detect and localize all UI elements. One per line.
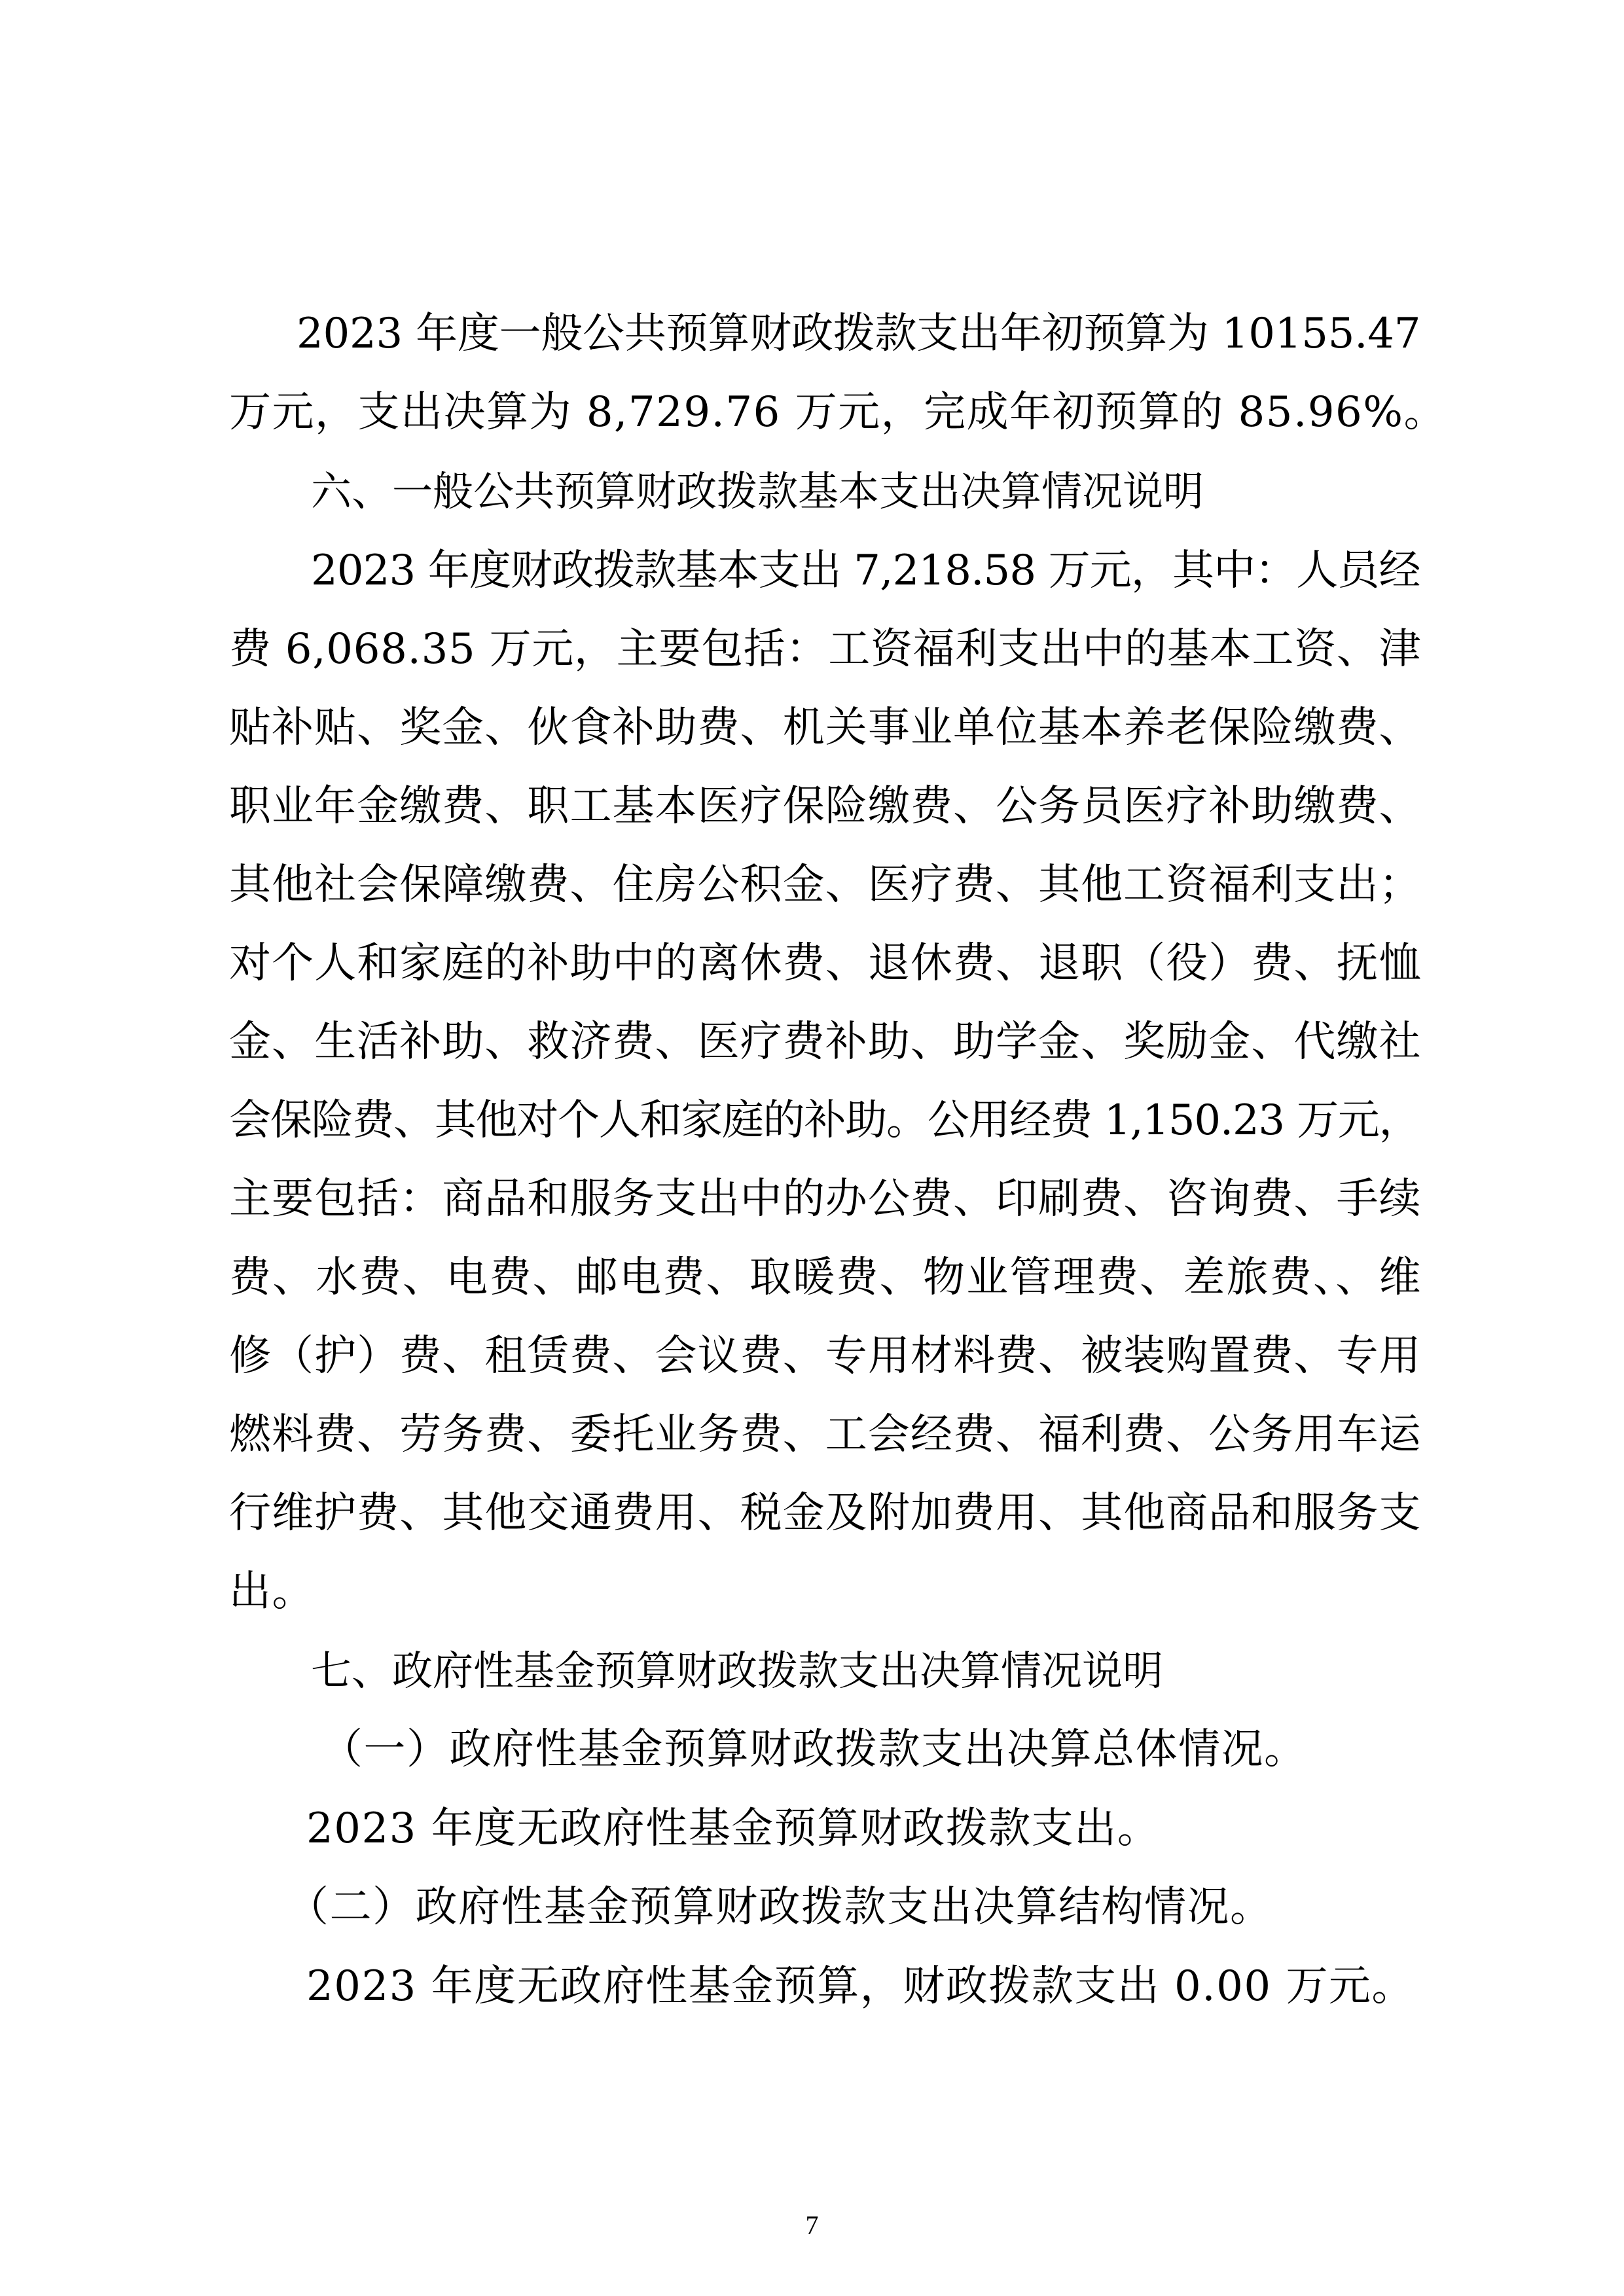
line-text: 行维护费、其他交通费用、税金及附加费用、其他商品和服务支 (229, 1474, 1422, 1552)
line-text: 出。 (229, 1568, 315, 1616)
page-number: 7 (0, 2209, 1624, 2242)
subheading-text: （一）政府性基金预算财政拨款支出决算总体情况。 (321, 1725, 1307, 1774)
subsection-heading-1: （一）政府性基金预算财政拨款支出决算总体情况。 (321, 1710, 1422, 1789)
paragraph-line: 行维护费、其他交通费用、税金及附加费用、其他商品和服务支 (229, 1474, 1422, 1552)
line-text: 费 6,068.35 万元，主要包括：工资福利支出中的基本工资、津 (229, 610, 1421, 689)
paragraph-line: 费 6,068.35 万元，主要包括：工资福利支出中的基本工资、津 (229, 610, 1422, 689)
line-text: 会保险费、其他对个人和家庭的补助。公用经费 1,150.23 万元， (229, 1081, 1420, 1160)
line-text: 修（护）费、租赁费、会议费、专用材料费、被装购置费、专用 (229, 1317, 1422, 1395)
line-text: 金、生活补助、救济费、医疗费补助、助学金、奖励金、代缴社 (229, 1003, 1422, 1081)
line-text: 职业年金缴费、职工基本医疗保险缴费、公务员医疗补助缴费、 (229, 767, 1422, 846)
line-text: 其他社会保障缴费、住房公积金、医疗费、其他工资福利支出； (229, 846, 1422, 924)
paragraph-line: 对个人和家庭的补助中的离休费、退休费、退职（役）费、抚恤 (229, 924, 1422, 1003)
line-text: 主要包括：商品和服务支出中的办公费、印刷费、咨询费、手续 (229, 1160, 1422, 1238)
section-heading-6: 六、一般公共预算财政拨款基本支出决算情况说明 (311, 452, 1422, 531)
document-page: 2023 年度一般公共预算财政拨款支出年初预算为 10155.47 万元，支出决… (0, 0, 1624, 2296)
paragraph-line: 万元，支出决算为 8,729.76 万元，完成年初预算的 85.96%。 (229, 373, 1422, 452)
subsection-heading-2: （二）政府性基金预算财政拨款支出决算结构情况。 (287, 1868, 1422, 1946)
line-text: 万元，支出决算为 8,729.76 万元，完成年初预算的 85.96%。 (229, 388, 1447, 437)
paragraph-line: 金、生活补助、救济费、医疗费补助、助学金、奖励金、代缴社 (229, 1003, 1422, 1081)
paragraph-line: 费、水费、电费、邮电费、取暖费、物业管理费、差旅费、、维 (229, 1238, 1422, 1317)
line-text: 燃料费、劳务费、委托业务费、工会经费、福利费、公务用车运 (229, 1395, 1422, 1474)
line-text: 贴补贴、奖金、伙食补助费、机关事业单位基本养老保险缴费、 (229, 689, 1422, 767)
paragraph-line: 2023 年度无政府性基金预算财政拨款支出。 (306, 1789, 1422, 1868)
paragraph-line: 修（护）费、租赁费、会议费、专用材料费、被装购置费、专用 (229, 1317, 1422, 1395)
section-heading-7: 七、政府性基金预算财政拨款支出决算情况说明 (311, 1632, 1422, 1710)
heading-text: 六、一般公共预算财政拨款基本支出决算情况说明 (311, 467, 1204, 515)
line-text: 2023 年度无政府性基金预算，财政拨款支出 0.00 万元。 (306, 1962, 1415, 2011)
line-text: 费、水费、电费、邮电费、取暖费、物业管理费、差旅费、、维 (229, 1238, 1422, 1317)
paragraph-line: 2023 年度财政拨款基本支出 7,218.58 万元，其中：人员经 (311, 531, 1422, 610)
paragraph-line: 2023 年度无政府性基金预算，财政拨款支出 0.00 万元。 (306, 1947, 1422, 2026)
line-text: 2023 年度无政府性基金预算财政拨款支出。 (306, 1804, 1160, 1853)
line-text: 2023 年度一般公共预算财政拨款支出年初预算为 10155.47 (297, 295, 1420, 373)
paragraph-line: 主要包括：商品和服务支出中的办公费、印刷费、咨询费、手续 (229, 1160, 1422, 1238)
line-text: 对个人和家庭的补助中的离休费、退休费、退职（役）费、抚恤 (229, 924, 1422, 1003)
heading-text: 七、政府性基金预算财政拨款支出决算情况说明 (311, 1647, 1163, 1695)
paragraph-line: 出。 (229, 1552, 1422, 1631)
line-text: 2023 年度财政拨款基本支出 7,218.58 万元，其中：人员经 (311, 531, 1420, 610)
paragraph-line: 职业年金缴费、职工基本医疗保险缴费、公务员医疗补助缴费、 (229, 767, 1422, 846)
paragraph-line: 2023 年度一般公共预算财政拨款支出年初预算为 10155.47 (297, 295, 1422, 373)
paragraph-line: 会保险费、其他对个人和家庭的补助。公用经费 1,150.23 万元， (229, 1081, 1422, 1160)
paragraph-line: 燃料费、劳务费、委托业务费、工会经费、福利费、公务用车运 (229, 1395, 1422, 1474)
paragraph-line: 其他社会保障缴费、住房公积金、医疗费、其他工资福利支出； (229, 846, 1422, 924)
subheading-text: （二）政府性基金预算财政拨款支出决算结构情况。 (287, 1883, 1273, 1931)
paragraph-line: 贴补贴、奖金、伙食补助费、机关事业单位基本养老保险缴费、 (229, 689, 1422, 767)
